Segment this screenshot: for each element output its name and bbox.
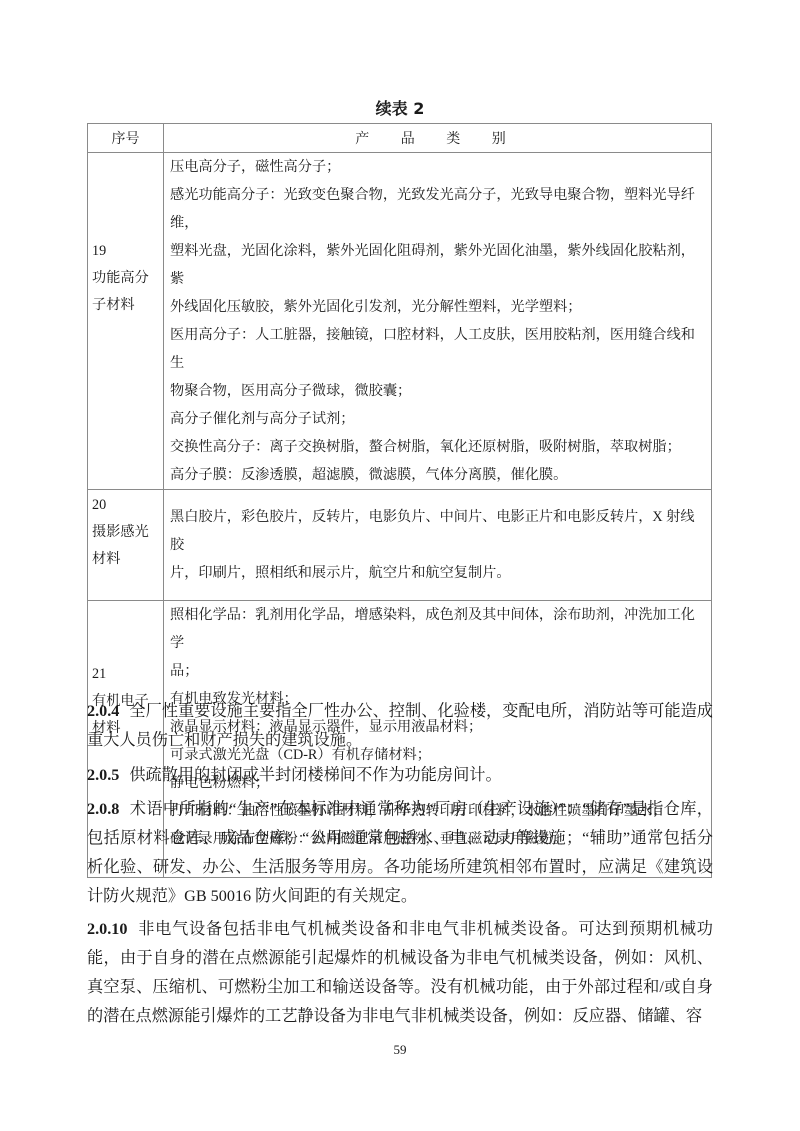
category-cell: 黑白胶片，彩色胶片，反转片，电影负片、中间片、电影正片和电影反转片，X 射线胶 … — [164, 490, 712, 601]
clause-number: 2.0.10 — [87, 920, 127, 938]
clause-2-0-10: 2.0.10非电气设备包括非电气机械类设备和非电气非机械类设备。可达到预期机械功… — [87, 915, 713, 1031]
category-line: 黑白胶片，彩色胶片，反转片，电影负片、中间片、电影正片和电影反转片，X 射线胶 — [170, 503, 705, 559]
category-name-line: 材料 — [92, 546, 159, 573]
serial-number: 19 — [92, 238, 159, 265]
clause-2-0-8: 2.0.8术语中所指的“生产”在本标准中通常称为“厂房（生产设施）”；“储存”是… — [87, 795, 713, 911]
clause-text: 非电气设备包括非电气机械类设备和非电气非机械类设备。可达到预期机械功能，由于自身… — [87, 920, 713, 1025]
clause-2-0-4: 2.0.4全厂性重要设施主要指全厂性办公、控制、化验楼，变配电所，消防站等可能造… — [87, 697, 713, 755]
serial-number: 21 — [92, 661, 159, 688]
category-line: 高分子催化剂与高分子试剂； — [170, 405, 705, 433]
category-line: 高分子膜：反渗透膜，超滤膜，微滤膜，气体分离膜，催化膜。 — [170, 461, 705, 489]
clause-2-0-5: 2.0.5供疏散用的封闭或半封闭楼梯间不作为功能房间计。 — [87, 761, 713, 790]
serial-number: 20 — [92, 492, 159, 519]
header-serial-number: 序号 — [88, 124, 164, 153]
serial-cell: 20 摄影感光 材料 — [88, 490, 164, 601]
category-name-line: 子材料 — [92, 292, 159, 319]
category-line: 片，印刷片，照相纸和展示片，航空片和航空复制片。 — [170, 559, 705, 587]
table-caption: 续表 2 — [0, 96, 800, 119]
category-line: 物聚合物，医用高分子微球，微胶囊； — [170, 377, 705, 405]
category-line: 压电高分子，磁性高分子； — [170, 153, 705, 181]
category-name-line: 摄影感光 — [92, 519, 159, 546]
category-cell: 压电高分子，磁性高分子； 感光功能高分子：光致变色聚合物，光致发光高分子，光致导… — [164, 153, 712, 490]
clause-text: 供疏散用的封闭或半封闭楼梯间不作为功能房间计。 — [129, 766, 501, 784]
clause-text: 全厂性重要设施主要指全厂性办公、控制、化验楼，变配电所，消防站等可能造成重大人员… — [87, 702, 713, 749]
header-product-category: 产 品 类 别 — [164, 124, 712, 153]
category-line: 品； — [170, 657, 705, 685]
clause-number: 2.0.4 — [87, 702, 119, 720]
table-header-row: 序号 产 品 类 别 — [88, 124, 712, 153]
table-row: 19 功能高分 子材料 压电高分子，磁性高分子； 感光功能高分子：光致变色聚合物… — [88, 153, 712, 490]
page-number: 59 — [0, 1042, 800, 1058]
category-name-line: 功能高分 — [92, 265, 159, 292]
serial-cell: 19 功能高分 子材料 — [88, 153, 164, 490]
category-line: 塑料光盘，光固化涂料，紫外光固化阻碍剂，紫外光固化油墨，紫外线固化胶粘剂，紫 — [170, 237, 705, 293]
category-line: 感光功能高分子：光致变色聚合物，光致发光高分子，光致导电聚合物，塑料光导纤维， — [170, 181, 705, 237]
category-line: 照相化学品：乳剂用化学品，增感染料，成色剂及其中间体，涂布助剂，冲洗加工化学 — [170, 601, 705, 657]
clause-number: 2.0.8 — [87, 800, 119, 818]
category-line: 交换性高分子：离子交换树脂，螯合树脂，氧化还原树脂，吸附树脂，萃取树脂； — [170, 433, 705, 461]
table-row: 20 摄影感光 材料 黑白胶片，彩色胶片，反转片，电影负片、中间片、电影正片和电… — [88, 490, 712, 601]
category-line: 医用高分子：人工脏器，接触镜，口腔材料，人工皮肤，医用胶粘剂，医用缝合线和生 — [170, 321, 705, 377]
clause-text: 术语中所指的“生产”在本标准中通常称为“厂房（生产设施）”；“储存”是指仓库，包… — [87, 800, 713, 905]
category-line: 外线固化压敏胶，紫外光固化引发剂，光分解性塑料，光学塑料； — [170, 293, 705, 321]
clause-number: 2.0.5 — [87, 766, 119, 784]
